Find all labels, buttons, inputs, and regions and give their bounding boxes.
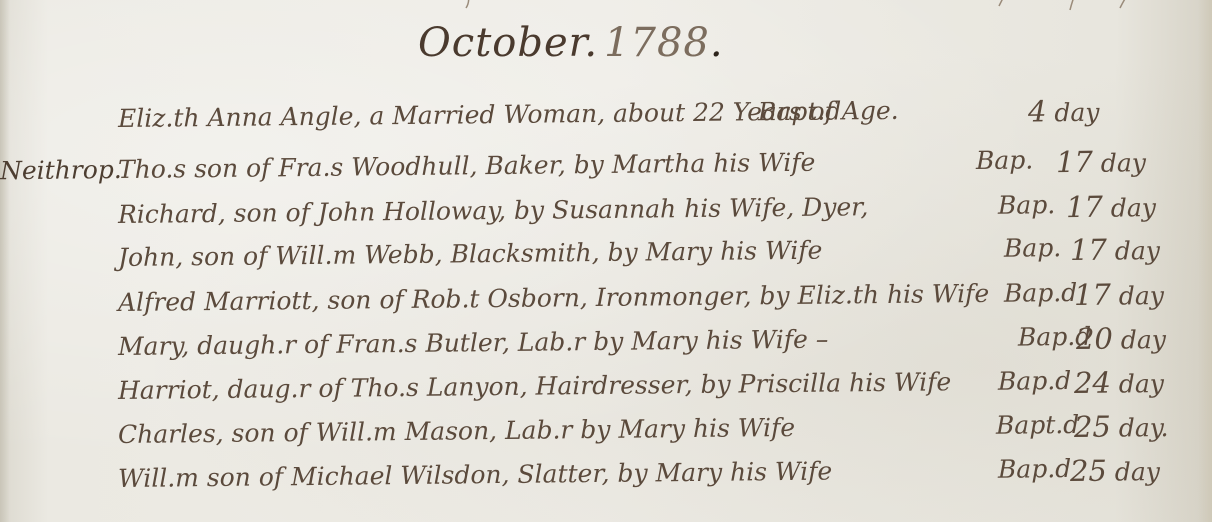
entry-day-number: 17 xyxy=(1066,190,1103,224)
heading-separator: . xyxy=(584,20,598,66)
entry-baptism-label: Bapt.d xyxy=(758,96,842,126)
entry-baptism-label: Bapt.d xyxy=(996,410,1080,440)
entry-day-label: day. xyxy=(1119,413,1169,443)
entry-day-number: 17 xyxy=(1070,233,1107,267)
entry-day: 17 day xyxy=(1070,232,1160,267)
heading-year: 1788 xyxy=(604,20,710,66)
page-heading: October.1788. xyxy=(418,20,724,66)
heading-month: October xyxy=(418,20,584,66)
heading-trailing-dot: . xyxy=(710,20,724,66)
entry-text: Harriot, daug.r of Tho.s Lanyon, Hairdre… xyxy=(118,367,951,405)
baptism-entry: John, son of Will.m Webb, Blacksmith, by… xyxy=(118,236,823,272)
baptism-entry: Richard, son of John Holloway, by Susann… xyxy=(118,192,869,229)
entry-baptism-label: Bap. xyxy=(976,145,1034,175)
entry-day: 20 day xyxy=(1076,321,1166,356)
entry-place: Neithrop. xyxy=(0,155,122,185)
baptism-entry: Eliz.th Anna Angle, a Married Woman, abo… xyxy=(118,96,899,133)
entry-day-label: day xyxy=(1054,98,1099,127)
baptism-entry: Will.m son of Michael Wilsdon, Slatter, … xyxy=(118,457,833,493)
baptism-entry: Harriot, daug.r of Tho.s Lanyon, Hairdre… xyxy=(118,367,951,405)
entry-text: Charles, son of Will.m Mason, Lab.r by M… xyxy=(118,413,795,449)
baptism-entry: Charles, son of Will.m Mason, Lab.r by M… xyxy=(118,413,795,449)
entry-text: Alfred Marriott, son of Rob.t Osborn, Ir… xyxy=(118,279,989,317)
entry-day-label: day xyxy=(1119,281,1164,310)
entry-text: Will.m son of Michael Wilsdon, Slatter, … xyxy=(118,457,833,493)
cropped-previous-line-strokes xyxy=(0,0,1212,14)
entry-day: 25 day. xyxy=(1074,409,1169,444)
entry-day-label: day xyxy=(1115,236,1160,265)
entry-day-number: 20 xyxy=(1076,322,1113,356)
entry-day-number: 4 xyxy=(1028,94,1047,128)
entry-baptism-label: Bap. xyxy=(998,190,1056,220)
entry-baptism-label: Bap.d xyxy=(1004,278,1078,308)
entry-baptism-label: Bap.d xyxy=(998,366,1072,396)
entry-day-number: 17 xyxy=(1056,145,1093,179)
entry-day-number: 25 xyxy=(1070,454,1107,488)
entry-day: 17 day xyxy=(1074,277,1164,312)
baptism-entry: Neithrop. Tho.s son of Fra.s Woodhull, B… xyxy=(118,148,816,184)
entry-day: 17 day xyxy=(1056,144,1146,179)
register-page: October.1788. Eliz.th Anna Angle, a Marr… xyxy=(0,0,1212,522)
entry-day-number: 25 xyxy=(1074,410,1111,444)
entry-baptism-label: Bap.d xyxy=(998,454,1072,484)
entry-text: Richard, son of John Holloway, by Susann… xyxy=(118,192,869,229)
entry-text: Tho.s son of Fra.s Woodhull, Baker, by M… xyxy=(118,148,816,184)
entry-day: 25 day xyxy=(1070,453,1160,488)
entry-day-number: 24 xyxy=(1074,366,1111,400)
entry-day: 24 day xyxy=(1074,365,1164,400)
baptism-entry: Alfred Marriott, son of Rob.t Osborn, Ir… xyxy=(118,279,989,317)
entry-day-label: day xyxy=(1121,325,1166,354)
entry-day-label: day xyxy=(1111,193,1156,222)
entry-day-label: day xyxy=(1115,457,1160,486)
entry-day: 17 day xyxy=(1066,189,1156,224)
entry-text: John, son of Will.m Webb, Blacksmith, by… xyxy=(118,236,823,272)
entry-text: Mary, daugh.r of Fran.s Butler, Lab.r by… xyxy=(118,325,829,361)
entry-day-number: 17 xyxy=(1074,278,1111,312)
entry-day-label: day xyxy=(1119,369,1164,398)
entry-baptism-label: Bap. xyxy=(1004,233,1062,263)
entry-day: 4 day xyxy=(1028,94,1100,129)
baptism-entry: Mary, daugh.r of Fran.s Butler, Lab.r by… xyxy=(118,325,829,361)
entry-day-label: day xyxy=(1101,148,1146,177)
